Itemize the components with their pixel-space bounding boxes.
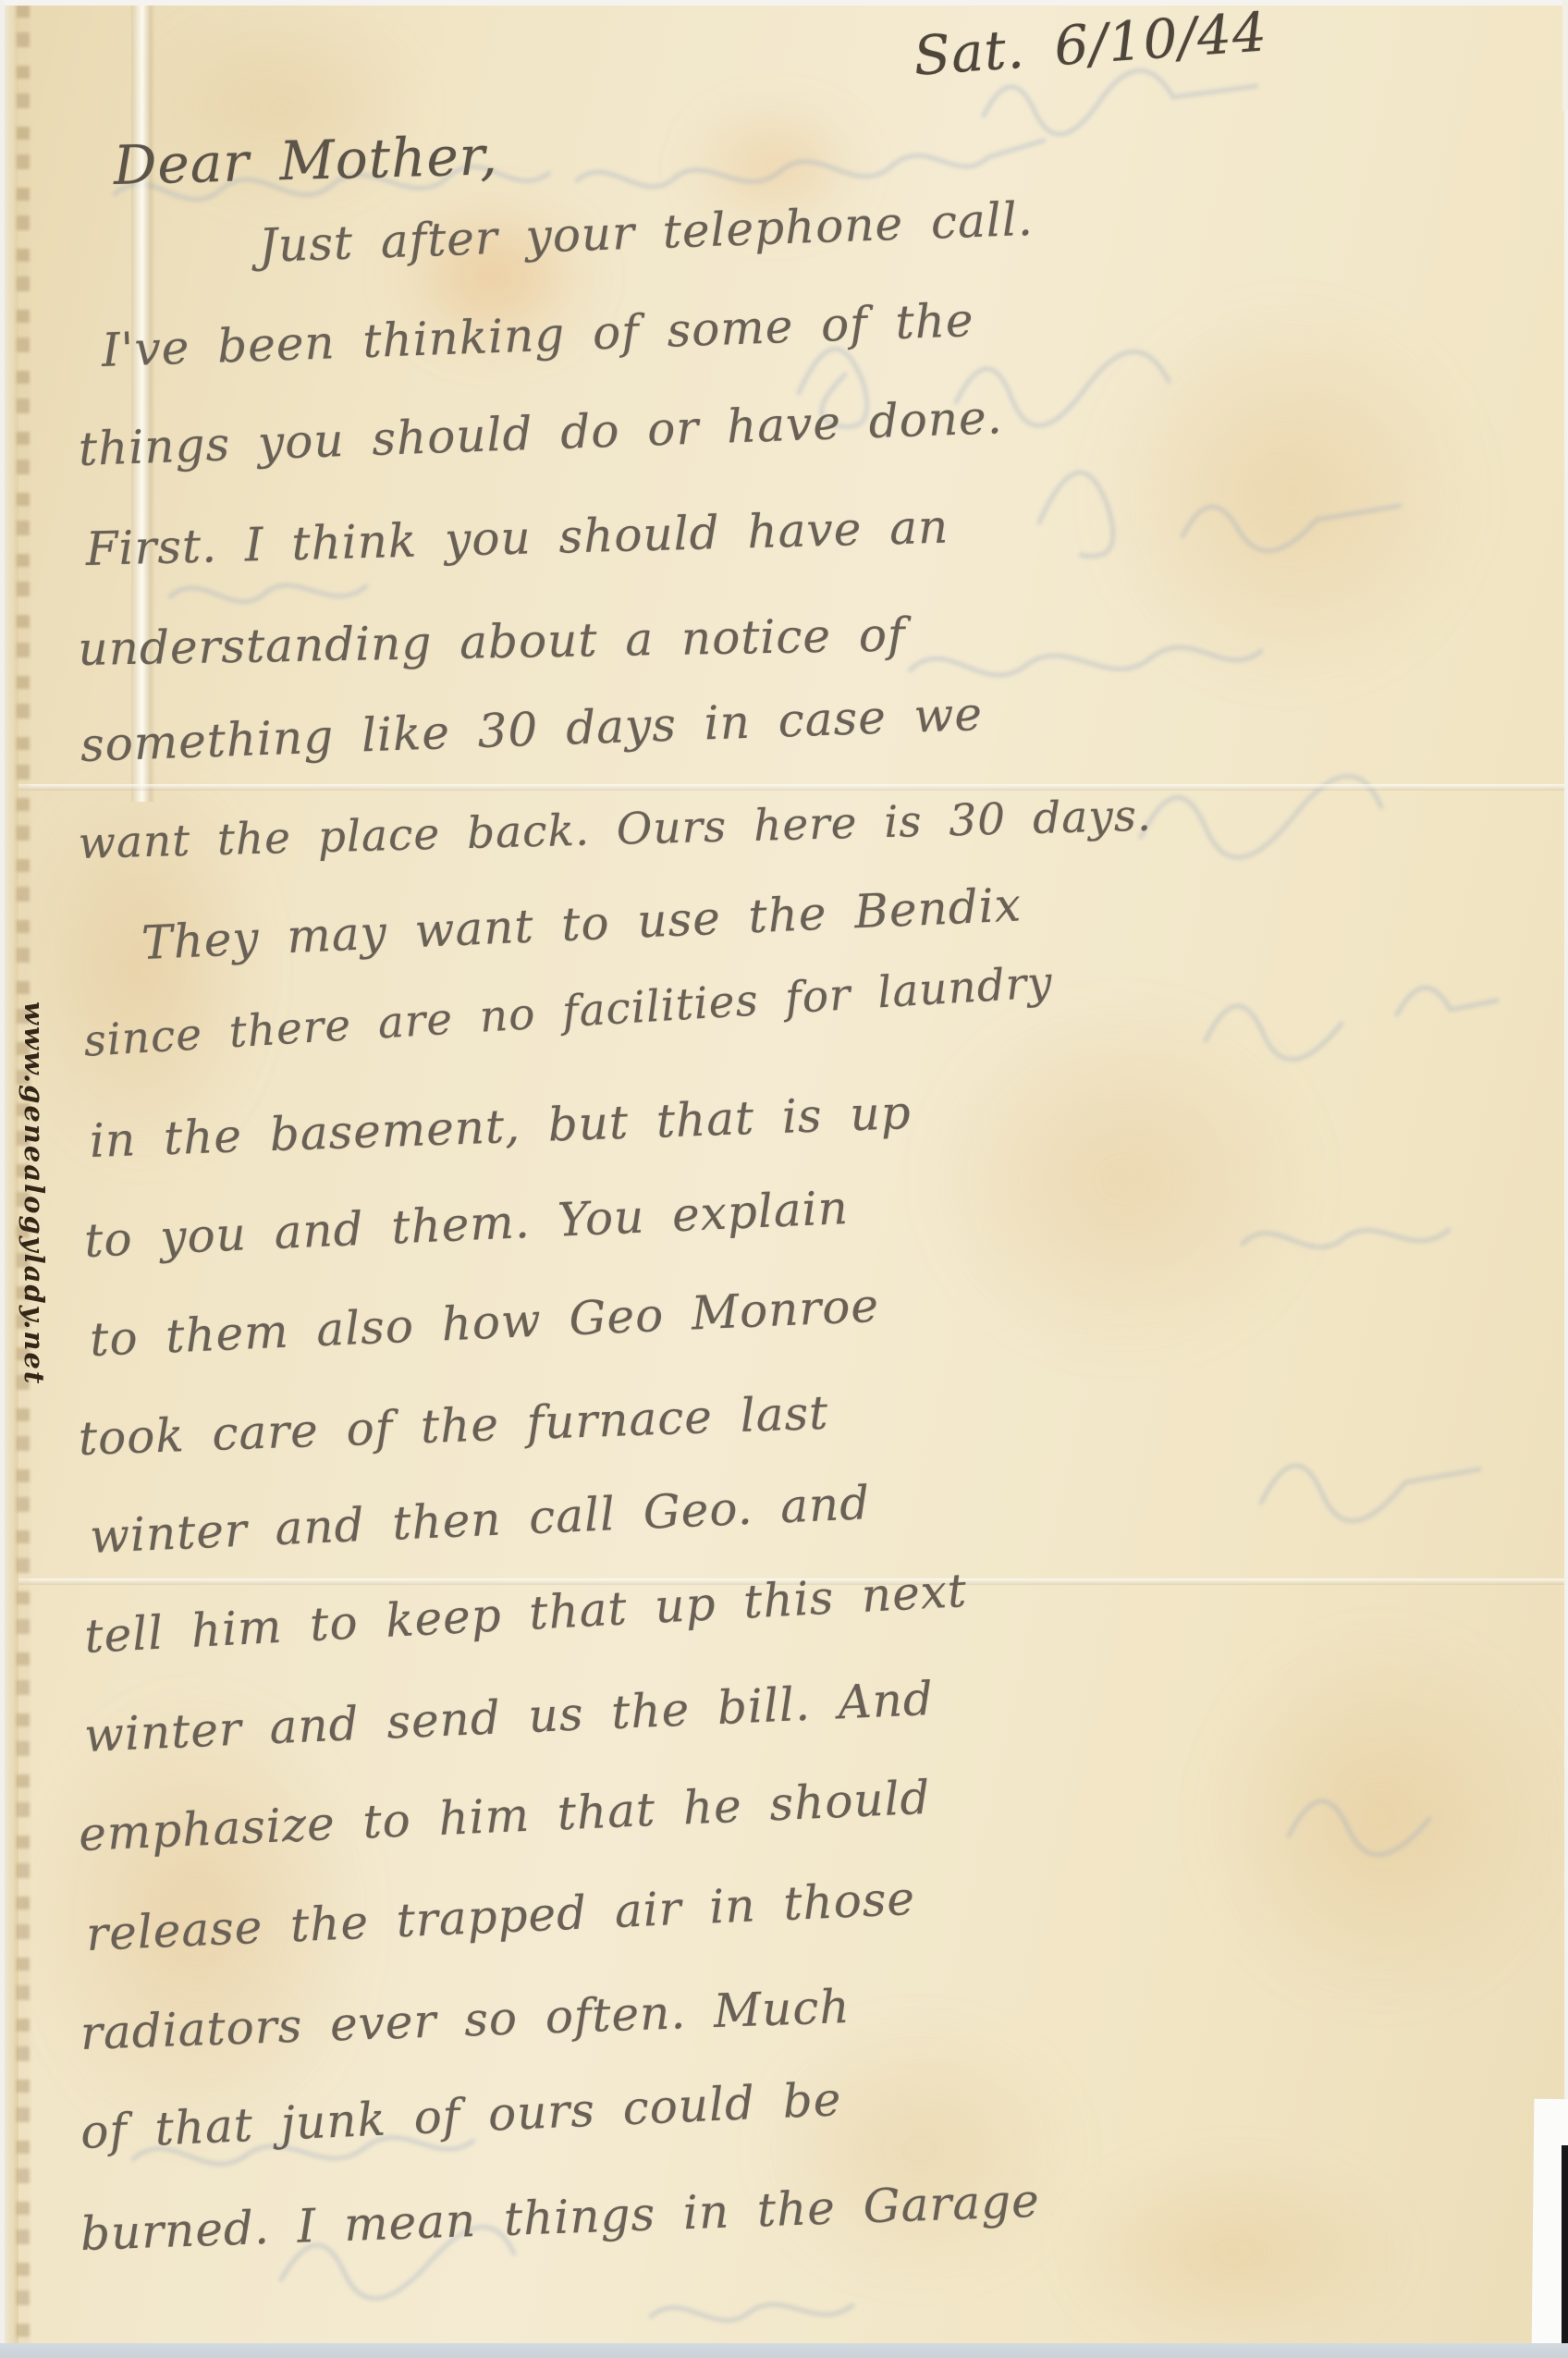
letter-line-4: First. I think you should have an — [85, 500, 949, 576]
letter-line-15: tell him to keep that up this next — [83, 1564, 968, 1664]
letter-line-11: to you and them. You explain — [83, 1181, 850, 1268]
letter-line-6: something like 30 days in case we — [80, 687, 984, 772]
scanned-letter-page: { "letter": { "watermark": "www.genealog… — [0, 0, 1568, 2358]
letter-line-17: emphasize to him that he should — [78, 1771, 932, 1861]
letter-line-13: took care of the furnace last — [78, 1386, 829, 1466]
scan-edge-right-top — [1562, 0, 1568, 111]
scan-edge-top — [0, 0, 1568, 6]
scan-corner-shadow — [1562, 2145, 1568, 2358]
letter-line-7: want the place back. Ours here is 30 day… — [78, 791, 1153, 869]
letter-line-9: since there are no facilities for laundr… — [82, 957, 1054, 1067]
letter-line-2: I've been thinking of some of the — [101, 293, 974, 377]
letter-paper: www.genealogylady.net Sat. 6/10/44 Dear … — [4, 5, 1564, 2352]
letter-line-12: to them also how Geo Monroe — [89, 1279, 880, 1367]
letter-line-19: radiators ever so often. Much — [80, 1980, 851, 2060]
letter-line-8: They may want to use the Bendix — [141, 878, 1023, 969]
scan-edge-bottom — [0, 2343, 1568, 2358]
scan-edge-left — [0, 0, 5, 2358]
letter-line-5: understanding about a notice of — [78, 608, 906, 676]
letter-line-21: burned. I mean things in the Garage — [80, 2174, 1041, 2261]
letter-body: Just after your telephone call.I've been… — [4, 5, 1564, 2352]
letter-line-14: winter and then call Geo. and — [89, 1476, 871, 1564]
letter-line-20: of that junk of ours could be — [80, 2072, 842, 2159]
letter-line-18: release the trapped air in those — [85, 1872, 916, 1961]
letter-line-3: things you should do or have done. — [78, 390, 1003, 476]
letter-line-16: winter and send us the bill. And — [83, 1672, 935, 1762]
letter-line-1: Just after your telephone call. — [258, 192, 1034, 273]
letter-line-10: in the basement, but that is up — [89, 1086, 913, 1168]
